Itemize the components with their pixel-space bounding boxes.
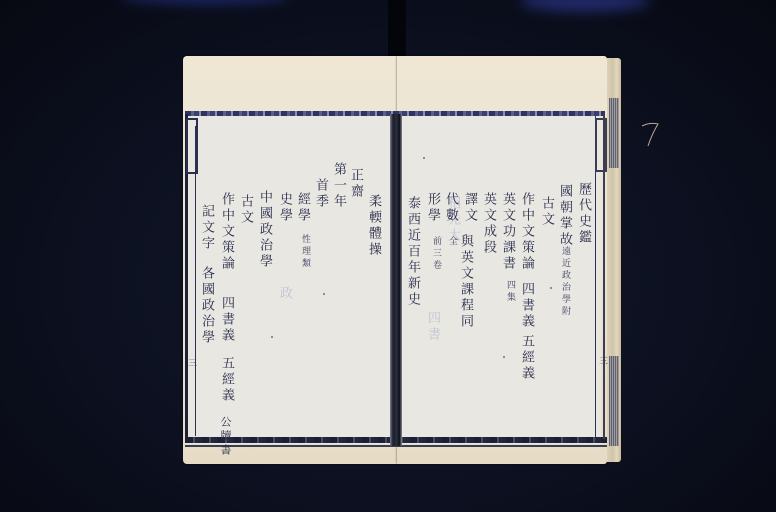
text-column: 正齋: [349, 168, 362, 200]
left-margin-tab: [186, 118, 198, 174]
text-column: 與英文課程同: [459, 234, 472, 330]
bleed-through-text: 政: [278, 286, 291, 302]
page-edge-ink: [609, 356, 619, 446]
text-column: 古文: [239, 194, 252, 226]
text-column: 譯文: [463, 192, 476, 224]
text-annotation: 性理類: [300, 234, 309, 270]
text-column: 國朝掌故: [558, 184, 571, 248]
ink-speck: [271, 336, 273, 338]
text-column: 五經義: [220, 356, 233, 404]
bleed-through-text: 四書: [426, 311, 439, 343]
text-column: 各國政治學: [200, 266, 213, 346]
pencil-annotation: [640, 120, 662, 150]
right-margin-page-mark: 三: [596, 356, 609, 365]
ink-speck: [503, 356, 505, 358]
text-column: 中國政治學: [258, 190, 271, 270]
ink-speck: [323, 293, 325, 295]
text-column: 四書義: [520, 282, 533, 330]
background-light-reflection: [120, 0, 290, 4]
text-column: 五經義: [520, 334, 533, 382]
left-margin-page-mark: 三: [185, 358, 198, 367]
text-annotation: 前三卷: [431, 236, 440, 272]
background-light-reflection: [520, 0, 650, 12]
text-column: 史學: [278, 192, 291, 224]
text-column: 英文功課書: [501, 192, 514, 272]
text-column: 歷代史鑑: [577, 182, 590, 246]
text-column: 經學: [296, 192, 309, 224]
text-column: 柔輭體操: [367, 194, 380, 258]
right-margin-tab: [595, 118, 607, 172]
center-fold-gutter: [390, 114, 402, 446]
background-fold-shadow: [388, 0, 406, 60]
text-column: 作中文策論: [520, 192, 533, 272]
text-column: 首季: [314, 178, 327, 210]
text-annotation: 四集: [505, 280, 514, 304]
text-column: 四書義: [220, 296, 233, 344]
text-column: 代數: [444, 192, 457, 224]
ink-speck: [550, 287, 552, 289]
text-column: 作中文策論: [220, 192, 233, 272]
text-annotation: 遠近政治學附: [560, 246, 569, 318]
text-column: 形學: [426, 192, 439, 224]
text-column: 英文成段: [482, 192, 495, 256]
text-annotation: 全: [447, 236, 456, 248]
open-book: 三 三 相先大 四書 政 柔輭體操 正齋 第一年 首季 經學 性理類 史學 中國…: [183, 56, 621, 466]
text-column: 記文字: [200, 204, 213, 252]
ink-speck: [423, 157, 425, 159]
text-column: 泰西近百年新史: [406, 196, 419, 308]
right-print-frame: [401, 114, 601, 444]
text-column: 公牘書: [220, 416, 231, 458]
text-column: 古文: [540, 196, 553, 228]
page-edge-ink: [609, 98, 619, 168]
text-column: 第一年: [332, 162, 345, 210]
